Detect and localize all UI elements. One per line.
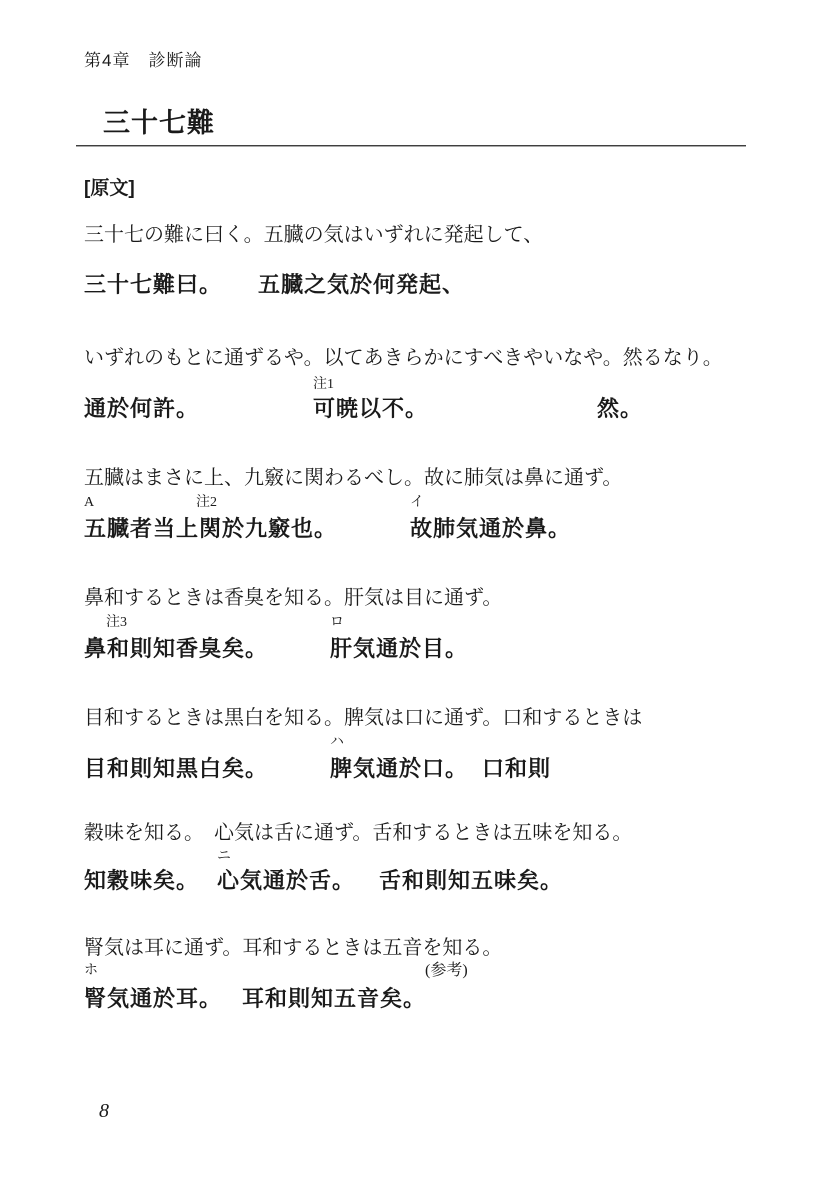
reading-line-1: 三十七の難に曰く。五臓の気はいずれに発起して、 bbox=[84, 223, 800, 248]
reading-line-5: 目和するときは黒白を知る。脾気は口に通ず。口和するときは bbox=[84, 706, 800, 731]
kanbun-segment: 故肺気通於鼻。 bbox=[410, 515, 571, 543]
kanbun-line-7: 腎気通於耳。 耳和則知五音矣。 bbox=[84, 985, 800, 1015]
kanbun-segment: 口和則 bbox=[482, 755, 551, 783]
kanbun-line-1: 三十七難曰。 五臓之気於何発起、 bbox=[84, 271, 800, 301]
page-number: 8 bbox=[99, 1100, 109, 1123]
kanbun-segment: 心気通於舌。 bbox=[217, 867, 355, 895]
kanbun-segment: 腎気通於耳。 bbox=[84, 985, 222, 1013]
kanbun-segment: 五臓之気於何発起、 bbox=[258, 271, 465, 299]
section-title: 三十七難 bbox=[103, 101, 215, 140]
annotation-line-5: ハ bbox=[84, 735, 800, 752]
genbun-label: [原文] bbox=[84, 173, 135, 200]
reading-line-2: いずれのもとに通ずるや。以てあきらかにすべきやいなや。然るなり。 bbox=[84, 346, 800, 371]
title-rule bbox=[76, 145, 746, 147]
annotation-note: 注3 bbox=[106, 615, 127, 631]
kanbun-segment: 通於何許。 bbox=[84, 395, 199, 423]
reading-line-4: 鼻和するときは香臭を知る。肝気は目に通ず。 bbox=[84, 586, 800, 611]
annotation-line-7: ホ (参考) bbox=[84, 963, 800, 980]
kanbun-segment: 五臓者当上関於九竅也。 bbox=[84, 515, 337, 543]
annotation-note: 注1 bbox=[313, 377, 334, 393]
annotation-marker: ニ bbox=[217, 849, 231, 865]
annotation-marker: A bbox=[84, 495, 94, 511]
kanbun-segment: 鼻和則知香臭矣。 bbox=[84, 635, 268, 663]
annotation-marker: ハ bbox=[330, 735, 344, 751]
kanbun-segment: 三十七難曰。 bbox=[84, 271, 222, 299]
annotation-reference: (参考) bbox=[425, 963, 468, 979]
kanbun-line-4: 鼻和則知香臭矣。 肝気通於目。 bbox=[84, 635, 800, 665]
kanbun-segment: 肝気通於目。 bbox=[330, 635, 468, 663]
annotation-marker: イ bbox=[410, 495, 424, 511]
annotation-marker: ロ bbox=[330, 615, 344, 631]
annotation-line-3: A 注2 イ bbox=[84, 495, 800, 512]
annotation-marker: ホ bbox=[84, 963, 98, 979]
kanbun-segment: 目和則知黒白矣。 bbox=[84, 755, 268, 783]
reading-line-7: 腎気は耳に通ず。耳和するときは五音を知る。 bbox=[84, 936, 800, 961]
kanbun-line-2: 通於何許。 可暁以不。 然。 bbox=[84, 395, 800, 425]
document-page: 第4章 診断論 三十七難 [原文] 三十七の難に曰く。五臓の気はいずれに発起して… bbox=[0, 0, 830, 1178]
kanbun-segment: 然。 bbox=[597, 395, 643, 423]
annotation-line-6: ニ bbox=[84, 849, 800, 866]
annotation-line-2: 注1 bbox=[84, 377, 800, 394]
reading-line-6: 穀味を知る。 心気は舌に通ず。舌和するときは五味を知る。 bbox=[84, 821, 800, 846]
kanbun-line-5: 目和則知黒白矣。 脾気通於口。 口和則 bbox=[84, 755, 800, 785]
chapter-header: 第4章 診断論 bbox=[84, 46, 202, 71]
reading-line-3: 五臓はまさに上、九竅に関わるべし。故に肺気は鼻に通ず。 bbox=[84, 466, 800, 491]
annotation-note: 注2 bbox=[196, 495, 217, 511]
kanbun-segment: 舌和則知五味矣。 bbox=[379, 867, 563, 895]
kanbun-segment: 耳和則知五音矣。 bbox=[242, 985, 426, 1013]
kanbun-line-6: 知穀味矣。 心気通於舌。 舌和則知五味矣。 bbox=[84, 867, 800, 897]
kanbun-segment: 可暁以不。 bbox=[313, 395, 428, 423]
kanbun-line-3: 五臓者当上関於九竅也。 故肺気通於鼻。 bbox=[84, 515, 800, 545]
kanbun-segment: 知穀味矣。 bbox=[84, 867, 199, 895]
kanbun-segment: 脾気通於口。 bbox=[330, 755, 468, 783]
annotation-line-4: 注3 ロ bbox=[84, 615, 800, 632]
